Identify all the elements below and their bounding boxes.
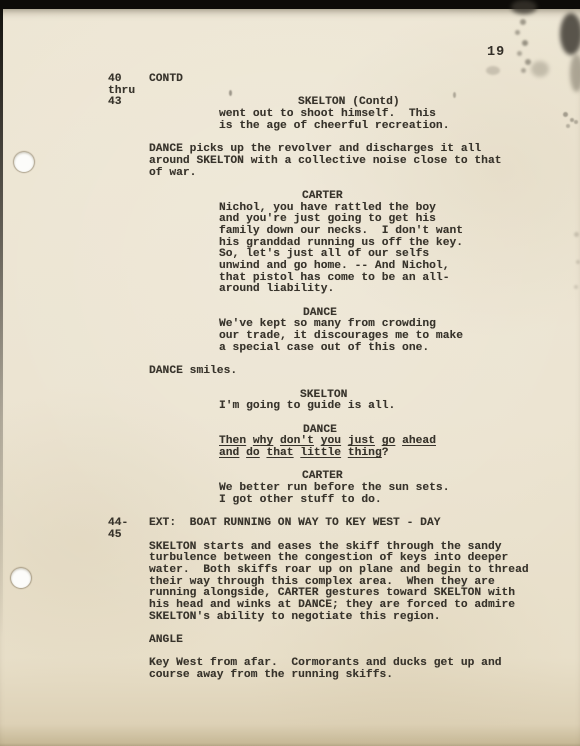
ink-smudge [515,30,520,35]
scan-stage: 19 40CONTDthru43SKELTON (Contd)went out … [0,0,580,746]
dialogue-line: I'm going to guide is all. [219,401,395,413]
page-number: 19 [487,45,505,60]
script-line: thru [0,86,580,98]
underlined-word: do [246,447,260,459]
script-line: around liability. [0,284,580,296]
ink-smudge [525,59,531,65]
action-line: his head and winks at DANCE; they are fo… [149,600,515,612]
underlined-word: thing [348,447,382,459]
action-line: course away from the running skiffs. [149,670,393,682]
dialogue-line: around liability. [219,284,334,296]
script-line [0,623,580,635]
script-line [0,355,580,367]
dialogue-line-underlined: and do that little thing? [219,448,389,460]
ink-smudge [522,40,528,46]
script-line [0,179,580,191]
script-line [0,413,580,425]
action-line: water. Both skiffs roar up on plane and … [149,565,529,577]
script-line: water. Both skiffs roar up on plane and … [0,565,580,577]
ink-smudge [520,19,526,25]
character-cue: CARTER [302,191,343,203]
script-line: of war. [0,168,580,180]
underlined-word: why [253,435,273,447]
continued-marker: CONTD [149,74,183,86]
underlined-word: go [382,435,396,447]
script-line: I got other stuff to do. [0,495,580,507]
ink-smudge [229,90,232,96]
script-line [0,378,580,390]
scene-number: 40 [108,74,122,86]
script-line: went out to shoot himself. This [0,109,580,121]
action-line: around SKELTON with a collective noise c… [149,156,502,168]
ink-smudge [563,112,568,117]
ink-smudge [511,0,537,14]
script-line [0,296,580,308]
script-line: 44-EXT: BOAT RUNNING ON WAY TO KEY WEST … [0,518,580,530]
script-line: around SKELTON with a collective noise c… [0,156,580,168]
script-line: ANGLE [0,635,580,647]
dialogue-line: We better run before the sun sets. [219,483,450,495]
script-line [0,460,580,472]
dialogue-line: is the age of cheerful recreation. [219,121,450,133]
ink-smudge [517,51,522,56]
ink-smudge [570,54,580,92]
underlined-word: ahead [402,435,436,447]
ink-smudge [574,285,578,289]
script-line: I'm going to guide is all. [0,401,580,413]
underlined-word: little [300,447,341,459]
shot-heading: ANGLE [149,635,183,647]
script-line: DANCE smiles. [0,366,580,378]
action-line: of war. [149,168,196,180]
scene-number: 43 [108,97,122,109]
script-line: 45 [0,530,580,542]
action-line: SKELTON's ability to negotiate this regi… [149,612,441,624]
ink-smudge [574,232,579,237]
script-line: course away from the running skiffs. [0,670,580,682]
ink-smudge [521,68,526,73]
script-line: his head and winks at DANCE; they are fo… [0,600,580,612]
underlined-word: you [321,435,341,447]
script-body: 40CONTDthru43SKELTON (Contd)went out to … [0,74,580,682]
underlined-word: just [348,435,375,447]
ink-smudge [486,66,500,75]
script-line: and do that little thing? [0,448,580,460]
script-line: unwind and go home. -- And Nichol, [0,261,580,273]
ink-smudge [576,260,580,264]
dialogue-line: I got other stuff to do. [219,495,382,507]
script-line: family down our necks. I don't want [0,226,580,238]
script-line: a special case out of this one. [0,343,580,355]
underlined-word: Then [219,435,246,447]
scene-number: 45 [108,530,122,542]
underlined-word: and [219,447,239,459]
ink-smudge [574,120,578,124]
ink-smudge [560,13,580,55]
ink-smudge [566,124,570,128]
script-line: SKELTON's ability to negotiate this regi… [0,612,580,624]
dialogue-line: went out to shoot himself. This [219,109,436,121]
ink-smudge [453,92,456,98]
action-line: DANCE smiles. [149,366,237,378]
ink-smudge [531,61,549,77]
script-line: We better run before the sun sets. [0,483,580,495]
underlined-word: don't [280,435,314,447]
script-line: CARTER [0,191,580,203]
dialogue-line: unwind and go home. -- And Nichol, [219,261,450,273]
scene-heading: EXT: BOAT RUNNING ON WAY TO KEY WEST - D… [149,518,441,530]
underlined-word: that [266,447,293,459]
dialogue-line: family down our necks. I don't want [219,226,463,238]
script-line: is the age of cheerful recreation. [0,121,580,133]
dialogue-line: a special case out of this one. [219,343,429,355]
script-line: 40CONTD [0,74,580,86]
